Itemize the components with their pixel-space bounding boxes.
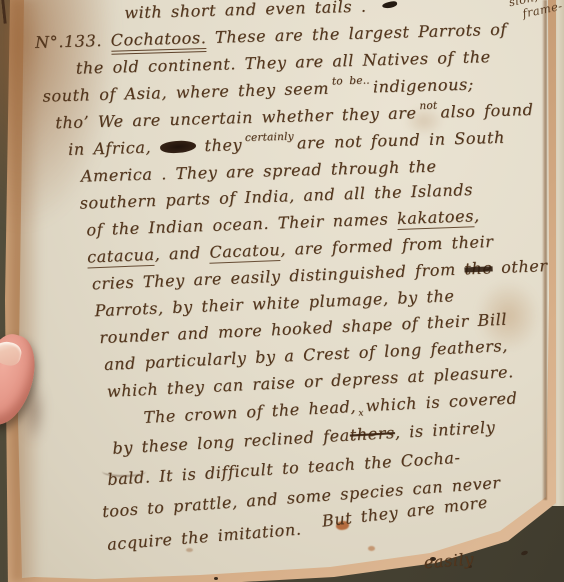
ink-dash	[382, 0, 398, 9]
ink-blot	[159, 139, 196, 154]
handwritten-text: certainly	[245, 131, 294, 144]
handwritten-text: which is covered	[365, 388, 518, 415]
handwritten-text: south of Asia, where they seem	[42, 79, 329, 106]
handwritten-text: x	[358, 408, 364, 418]
handwritten-text: thers	[349, 423, 395, 444]
handwritten-text: N°.133.	[35, 31, 111, 52]
handwritten-text: kakatoes	[397, 206, 475, 230]
handwritten-text: with short and even tails .	[124, 0, 367, 22]
handwritten-text: indigenous;	[373, 75, 474, 97]
handwritten-text: also found	[440, 100, 533, 122]
handwritten-text: ,	[474, 206, 480, 225]
handwritten-text: to be..	[332, 74, 370, 87]
handwritten-text: other	[492, 256, 548, 277]
photo-of-manuscript-page: with short and even tails .N°.133. Cocha…	[0, 0, 564, 582]
handwritten-text: catacua	[87, 245, 155, 269]
handwritten-text: are not found in South	[297, 128, 505, 153]
handwritten-text: in Africa,	[68, 137, 160, 159]
handwritten-text: the	[464, 258, 493, 278]
handwritten-text: , is intirely	[394, 417, 496, 442]
manuscript-line: easily	[423, 538, 564, 576]
handwritten-text: they	[196, 135, 243, 155]
handwritten-text: not	[419, 100, 437, 112]
manuscript-text: with short and even tails .N°.133. Cocha…	[28, 0, 564, 582]
handwritten-text: easily	[423, 549, 474, 572]
handwritten-text: , and	[154, 243, 210, 264]
handwritten-text: acquire the imitation.	[106, 519, 310, 554]
corner-bracket-mark	[0, 0, 22, 24]
handwritten-text: Cacatou	[209, 240, 281, 264]
